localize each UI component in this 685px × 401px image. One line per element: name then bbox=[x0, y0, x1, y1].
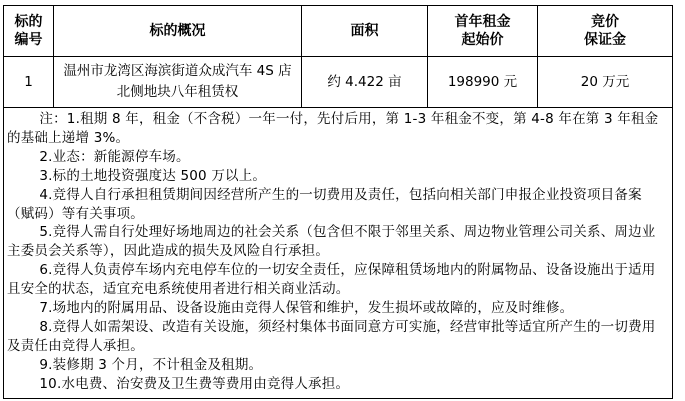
cell-lot-overview: 温州市龙湾区海滨街道众成汽车 4S 店 北侧地块八年租赁权 bbox=[54, 57, 302, 108]
note-item: 7.场地内的附属用品、设备设施由竞得人保管和维护，发生损坏或故障的，应及时维修。 bbox=[7, 299, 668, 318]
auction-lot-table: 标的 编号 标的概况 面积 首年租金 起始价 竞价 保证金 1 温州市龙湾区海滨… bbox=[3, 5, 673, 399]
cell-lot-code: 1 bbox=[4, 57, 54, 108]
header-first-year-rent: 首年租金 起始价 bbox=[428, 6, 538, 57]
note-item: 3.标的土地投资强度达 500 万以上。 bbox=[7, 167, 668, 186]
header-lot-code: 标的 编号 bbox=[4, 6, 54, 57]
table-row: 1 温州市龙湾区海滨街道众成汽车 4S 店 北侧地块八年租赁权 约 4.422 … bbox=[4, 57, 673, 108]
header-first-year-rent-line1: 首年租金 bbox=[428, 13, 537, 31]
note-item: 8.竞得人如需架设、改造有关设施，须经村集体书面同意方可实施，经营审批等适宜所产… bbox=[7, 318, 668, 356]
header-lot-code-line1: 标的 bbox=[4, 13, 53, 31]
note-item: 注：1.租期 8 年，租金（不含税）一年一付，先付后用，第 1-3 年租金不变，… bbox=[7, 110, 668, 148]
cell-deposit: 20 万元 bbox=[538, 57, 673, 108]
cell-area: 约 4.422 亩 bbox=[302, 57, 428, 108]
note-item: 9.装修期 3 个月，不计租金及租期。 bbox=[7, 356, 668, 375]
note-item: 2.业态：新能源停车场。 bbox=[7, 148, 668, 167]
header-lot-overview: 标的概况 bbox=[54, 6, 302, 57]
note-item: 6.竞得人负责停车场内充电停车位的一切安全责任，应保障租赁场地内的附属物品、设备… bbox=[7, 261, 668, 299]
notes-row: 注：1.租期 8 年，租金（不含税）一年一付，先付后用，第 1-3 年租金不变，… bbox=[4, 108, 673, 399]
cell-lot-overview-line1: 温州市龙湾区海滨街道众成汽车 4S 店 bbox=[60, 61, 295, 82]
note-item: 5.竞得人需自行处理好场地周边的社会关系（包含但不限于邻里关系、周边物业管理公司… bbox=[7, 223, 668, 261]
header-row: 标的 编号 标的概况 面积 首年租金 起始价 竞价 保证金 bbox=[4, 6, 673, 57]
header-first-year-rent-line2: 起始价 bbox=[428, 31, 537, 49]
header-lot-code-line2: 编号 bbox=[4, 31, 53, 49]
header-deposit: 竞价 保证金 bbox=[538, 6, 673, 57]
note-item: 10.水电费、治安费及卫生费等费用由竞得人承担。 bbox=[7, 375, 668, 394]
notes-cell: 注：1.租期 8 年，租金（不含税）一年一付，先付后用，第 1-3 年租金不变，… bbox=[4, 108, 673, 399]
note-item: 4.竞得人自行承担租赁期间因经营所产生的一切费用及责任，包括向相关部门申报企业投… bbox=[7, 186, 668, 224]
header-area: 面积 bbox=[302, 6, 428, 57]
cell-lot-overview-line2: 北侧地块八年租赁权 bbox=[60, 82, 295, 103]
cell-first-year-rent: 198990 元 bbox=[428, 57, 538, 108]
header-deposit-line2: 保证金 bbox=[538, 31, 672, 49]
header-deposit-line1: 竞价 bbox=[538, 13, 672, 31]
